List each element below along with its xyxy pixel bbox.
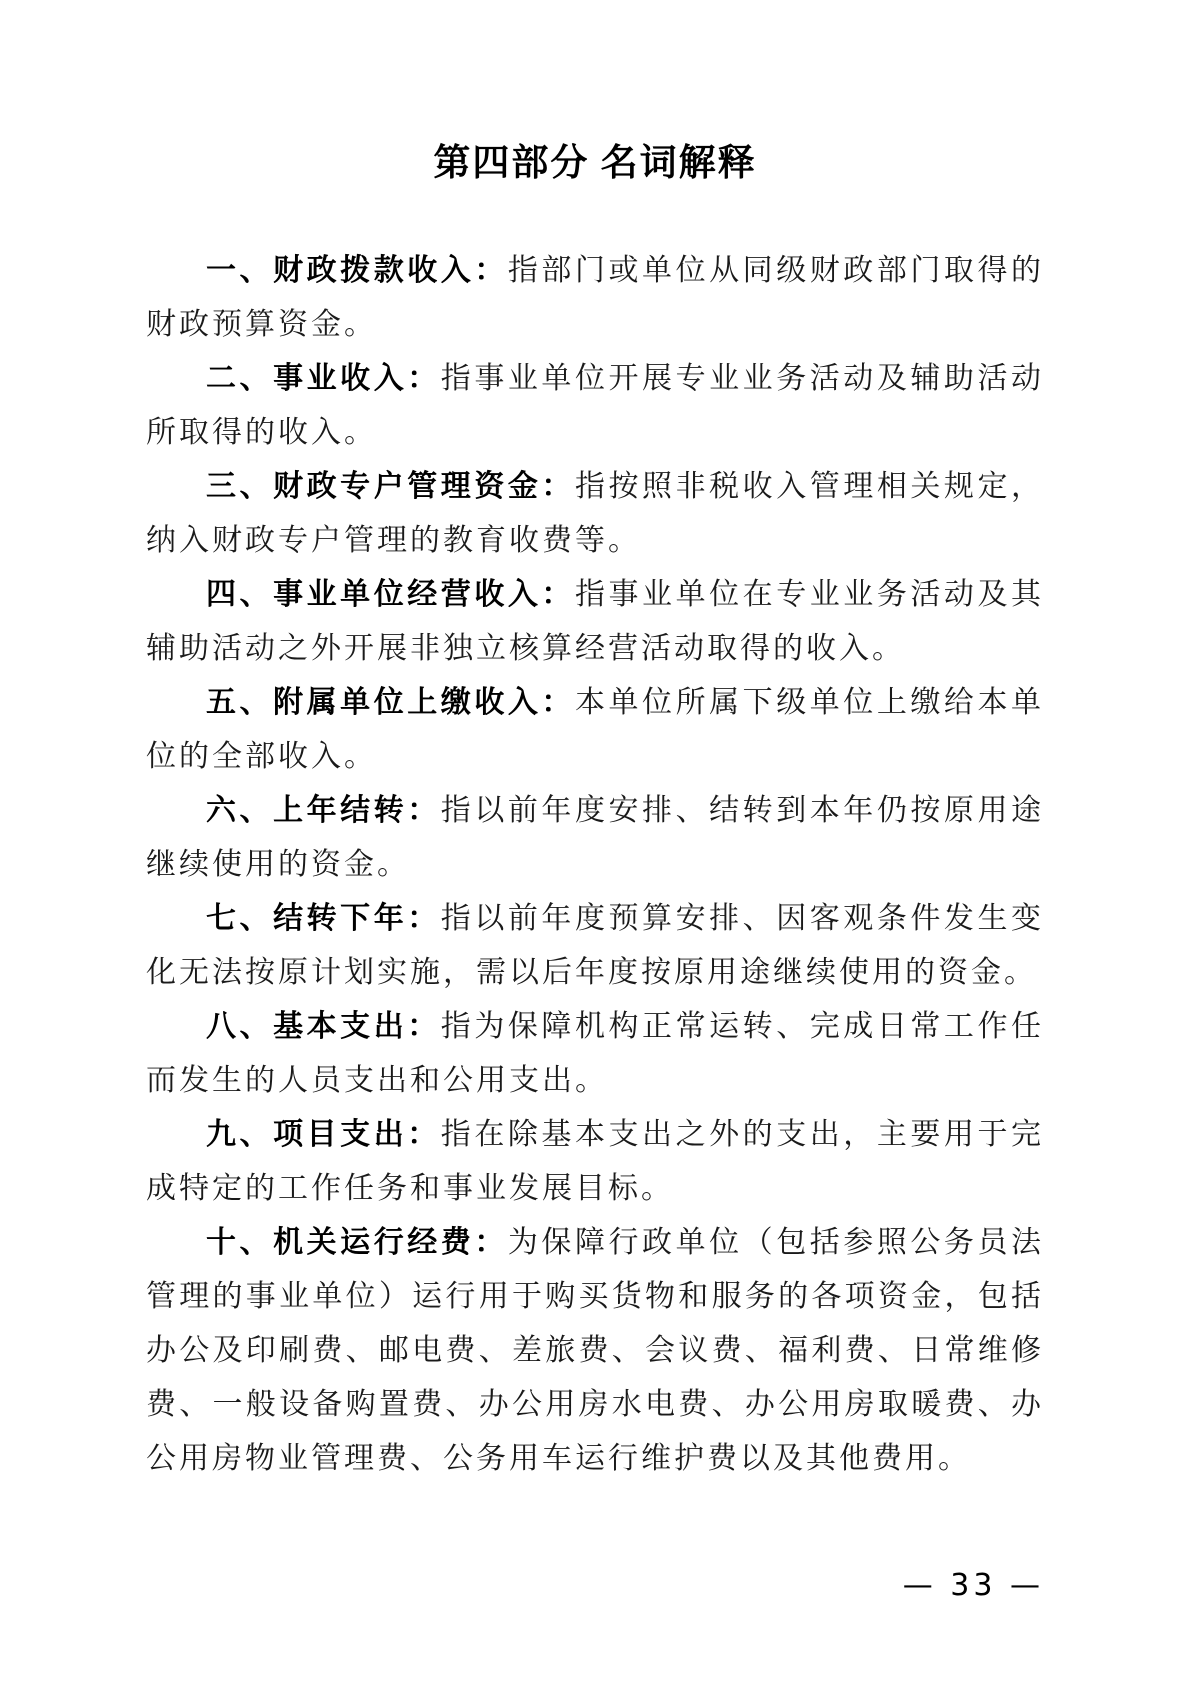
page-title: 第四部分 名词解释 [146, 142, 1044, 186]
definition-item: 七、结转下年：指以前年度预算安排、因客观条件发生变化无法按原计划实施，需以后年度… [146, 892, 1044, 1000]
definition-term: 十、机关运行经费： [206, 1226, 508, 1259]
definition-item: 三、财政专户管理资金：指按照非税收入管理相关规定，纳入财政专户管理的教育收费等。 [146, 460, 1044, 568]
definition-term: 一、财政拨款收入： [206, 254, 508, 287]
page-number: — 33 — [903, 1568, 1044, 1603]
definitions-list: 一、财政拨款收入：指部门或单位从同级财政部门取得的财政预算资金。 二、事业收入：… [146, 244, 1044, 1486]
definition-item: 四、事业单位经营收入：指事业单位在专业业务活动及其辅助活动之外开展非独立核算经营… [146, 568, 1044, 676]
definition-term: 二、事业收入： [206, 362, 441, 395]
definition-term: 八、基本支出： [206, 1010, 441, 1043]
definition-item: 八、基本支出：指为保障机构正常运转、完成日常工作任而发生的人员支出和公用支出。 [146, 1000, 1044, 1108]
definition-term: 六、上年结转： [206, 794, 441, 827]
definition-item: 十、机关运行经费：为保障行政单位（包括参照公务员法管理的事业单位）运行用于购买货… [146, 1216, 1044, 1486]
definition-term: 七、结转下年： [206, 902, 441, 935]
definition-term: 四、事业单位经营收入： [206, 578, 575, 611]
definition-item: 一、财政拨款收入：指部门或单位从同级财政部门取得的财政预算资金。 [146, 244, 1044, 352]
definition-term: 九、项目支出： [206, 1118, 441, 1151]
definition-item: 二、事业收入：指事业单位开展专业业务活动及辅助活动所取得的收入。 [146, 352, 1044, 460]
definition-item: 九、项目支出：指在除基本支出之外的支出，主要用于完成特定的工作任务和事业发展目标… [146, 1108, 1044, 1216]
document-page: 第四部分 名词解释 一、财政拨款收入：指部门或单位从同级财政部门取得的财政预算资… [0, 0, 1190, 1683]
definition-term: 五、附属单位上缴收入： [206, 686, 575, 719]
definition-item: 六、上年结转：指以前年度安排、结转到本年仍按原用途继续使用的资金。 [146, 784, 1044, 892]
definition-term: 三、财政专户管理资金： [206, 470, 575, 503]
definition-item: 五、附属单位上缴收入：本单位所属下级单位上缴给本单位的全部收入。 [146, 676, 1044, 784]
definition-body: 为保障行政单位（包括参照公务员法管理的事业单位）运行用于购买货物和服务的各项资金… [146, 1226, 1044, 1475]
